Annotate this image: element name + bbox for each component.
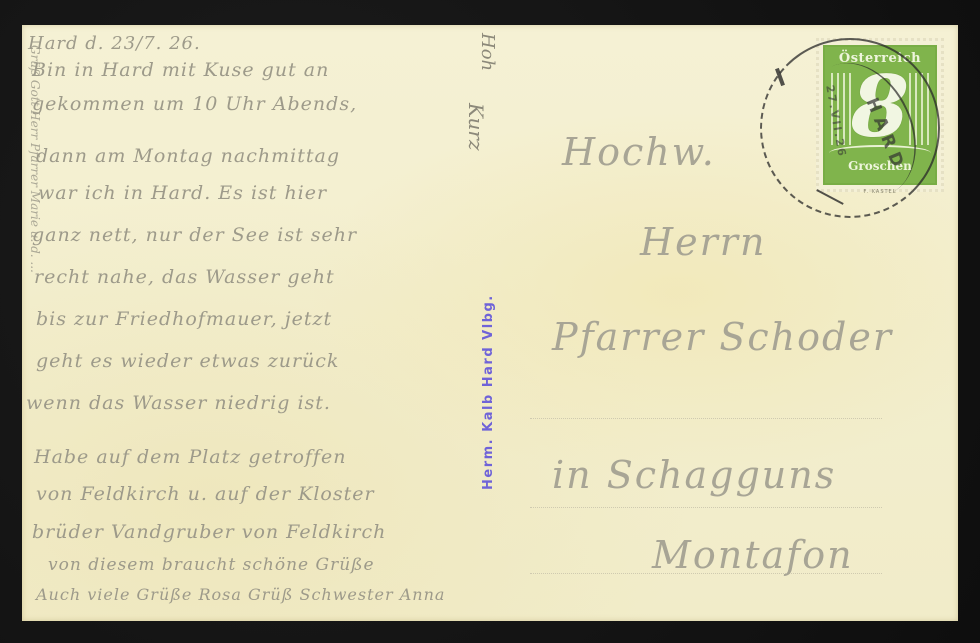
message-line: von Feldkirch u. auf der Kloster [36, 483, 375, 505]
message-line: gekommen um 10 Uhr Abends, [32, 93, 357, 115]
address-line [530, 418, 882, 419]
message-line: bis zur Friedhofmauer, jetzt [36, 308, 332, 330]
address-line-region: Montafon [652, 533, 854, 577]
address-line-herrn: Herrn [640, 220, 766, 264]
message-line: Bin in Hard mit Kuse gut an [32, 59, 329, 81]
address-line [530, 507, 882, 508]
address-line-title: Hochw. [562, 130, 716, 174]
address-line-name: Pfarrer Schoder [552, 315, 893, 359]
message-line: ganz nett, nur der See ist sehr [32, 224, 357, 246]
message-line: recht nahe, das Wasser geht [34, 266, 335, 288]
message-line: von diesem braucht schöne Grüße [48, 555, 375, 575]
message-line: wenn das Wasser niedrig ist. [26, 392, 331, 414]
message-line: geht es wieder etwas zurück [36, 350, 339, 372]
side-note-kurz: Kurz [464, 103, 488, 150]
message-line-signature: Auch viele Grüße Rosa Grüß Schwester Ann… [36, 585, 445, 604]
message-line-date: Hard d. 23/7. 26. [28, 33, 201, 54]
side-note-corner: Hoh [477, 33, 498, 71]
message-line: Habe auf dem Platz getroffen [34, 446, 346, 468]
address-line-town: in Schagguns [552, 453, 836, 497]
message-line: brüder Vandgruber von Feldkirch [32, 521, 386, 543]
message-line: war ich in Hard. Es ist hier [38, 182, 327, 204]
publisher-stamp-text: Herm. Kalb Hard Vlbg. [481, 294, 496, 490]
message-line: dann am Montag nachmittag [36, 145, 340, 167]
publisher-stamp: Herm. Kalb Hard Vlbg. [477, 294, 496, 490]
